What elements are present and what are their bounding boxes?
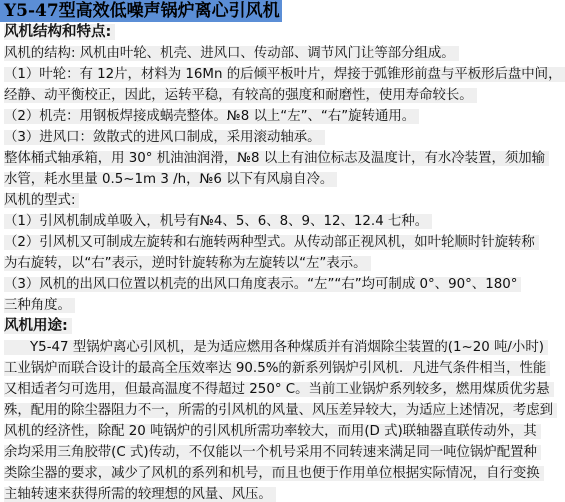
paragraph-line: （1）叶轮：有 12片，材料为 16Mn 的后倾平板叶片，焊接于弧锥形前盘与平板… — [4, 64, 565, 85]
line-text: （3）风机的出风口位置以机壳的出风口角度表示。“左”“右”均可制成 0°、90°… — [4, 277, 521, 292]
paragraph-line: Y5-47 型锅炉离心引风机，是为适应燃用各种煤质并有消烟除尘装置的(1~20 … — [4, 337, 565, 358]
line-text: 风机的经济性，除配 20 吨锅炉的引风机所需功率较大，而用(D 式)联轴器直联传… — [4, 424, 541, 439]
paragraph-line: （3）风机的出风口位置以机壳的出风口角度表示。“左”“右”均可制成 0°、90°… — [4, 274, 565, 295]
document-title: Y5-47型高效低噪声锅炉离心引风机 — [0, 0, 282, 22]
paragraph-line: 主轴转速来获得所需的较理想的风量、风压。 — [4, 484, 565, 502]
line-text: 殊，配用的除尘器阻力不一，所需的引风机的风量、风压差异较大，为适应上述情况，考虑… — [4, 403, 557, 418]
document-body: 风机结构和特点:风机的结构: 风机由叶轮、机壳、进风口、传动部、调节风门让等部分… — [4, 22, 565, 502]
paragraph-line: 工业锅炉而联合设计的最高全压效率达 90.5%的新系列锅炉引风机．凡进气条件相当… — [4, 358, 565, 379]
paragraph-line: 经静、动平衡校正，因此，运转平稳，有较高的强度和耐磨性，使用寿命较长。 — [4, 85, 565, 106]
document: Y5-47型高效低噪声锅炉离心引风机 风机结构和特点:风机的结构: 风机由叶轮、… — [0, 0, 565, 502]
paragraph-line: 风机的经济性，除配 20 吨锅炉的引风机所需功率较大，而用(D 式)联轴器直联传… — [4, 421, 565, 442]
line-text: 为右旋转，以“右”表示，逆时针旋转称为左旋转以“左”表示。 — [4, 256, 371, 271]
paragraph-line: 殊，配用的除尘器阻力不一，所需的引风机的风量、风压差异较大，为适应上述情况，考虑… — [4, 400, 565, 421]
paragraph-line: 余均采用三角胶带(C 式)传动，不仅能以一个机号采用不同转速来满足同一吨位锅炉配… — [4, 442, 565, 463]
line-text: 风机的结构: 风机由叶轮、机壳、进风口、传动部、调节风门让等部分组成。 — [4, 46, 459, 61]
paragraph-line: 类除尘器的要求，减少了风机的系列和机号，而且也便于作用单位根据实际情况，自行变换 — [4, 463, 565, 484]
section-heading: 风机用途: — [4, 316, 565, 337]
paragraph-line: （3）进风口：敛散式的进风口制成，采用滚动轴承。 — [4, 127, 565, 148]
line-text: 又相适者匀可选用，但最高温度不得超过 250° C。当前工业锅炉系列较多，燃用煤… — [4, 382, 554, 397]
line-text: （1）叶轮：有 12片，材料为 16Mn 的后倾平板叶片，焊接于弧锥形前盘与平板… — [4, 67, 565, 82]
line-text: （3）进风口：敛散式的进风口制成，采用滚动轴承。 — [4, 130, 325, 145]
paragraph-line: （2）引风机又可制成左旋转和右施转两种型式。从传动部正视风机，如叶轮顺时针旋转称 — [4, 232, 565, 253]
paragraph-line: 整体桶式轴承箱，用 30° 机油油润滑，№8 以上有油位标志及温度计，有水冷装置… — [4, 148, 565, 169]
line-text: 三种角度。 — [4, 298, 75, 313]
line-text: 余均采用三角胶带(C 式)传动，不仅能以一个机号采用不同转速来满足同一吨位锅炉配… — [4, 445, 541, 460]
line-text: 类除尘器的要求，减少了风机的系列和机号，而且也便于作用单位根据实际情况，自行变换 — [4, 466, 544, 481]
paragraph-line: 三种角度。 — [4, 295, 565, 316]
line-text: 风机的型式: — [4, 193, 79, 208]
line-text: 整体桶式轴承箱，用 30° 机油油润滑，№8 以上有油位标志及温度计，有水冷装置… — [4, 151, 549, 166]
line-text: （2）机壳：用钢板焊接成蜗壳整体。№8 以上“左”、“右”旋转通用。 — [4, 109, 419, 124]
paragraph-line: 为右旋转，以“右”表示，逆时针旋转称为左旋转以“左”表示。 — [4, 253, 565, 274]
paragraph-line: （2）机壳：用钢板焊接成蜗壳整体。№8 以上“左”、“右”旋转通用。 — [4, 106, 565, 127]
paragraph-line: 水管，耗水里量 0.5~1m 3 /h，№6 以下有风扇自冷。 — [4, 169, 565, 190]
paragraph-line: （1）引风机制成单吸入，机号有№4、5、6、8、9、12、12.4 七种。 — [4, 211, 565, 232]
paragraph-line: 风机的结构: 风机由叶轮、机壳、进风口、传动部、调节风门让等部分组成。 — [4, 43, 565, 64]
line-text: 工业锅炉而联合设计的最高全压效率达 90.5%的新系列锅炉引风机．凡进气条件相当… — [4, 361, 550, 376]
line-text: 水管，耗水里量 0.5~1m 3 /h，№6 以下有风扇自冷。 — [4, 172, 337, 187]
line-text: 经静、动平衡校正，因此，运转平稳，有较高的强度和耐磨性，使用寿命较长。 — [4, 88, 477, 103]
paragraph-line: 又相适者匀可选用，但最高温度不得超过 250° C。当前工业锅炉系列较多，燃用煤… — [4, 379, 565, 400]
line-text: （2）引风机又可制成左旋转和右施转两种型式。从传动部正视风机，如叶轮顺时针旋转称 — [4, 235, 539, 250]
line-text: （1）引风机制成单吸入，机号有№4、5、6、8、9、12、12.4 七种。 — [4, 214, 432, 229]
section-heading-text: 风机结构和特点: — [4, 24, 115, 40]
section-heading: 风机结构和特点: — [4, 22, 565, 43]
line-text: 主轴转速来获得所需的较理想的风量、风压。 — [4, 487, 276, 502]
line-text: Y5-47 型锅炉离心引风机，是为适应燃用各种煤质并有消烟除尘装置的(1~20 … — [4, 340, 548, 355]
section-heading-text: 风机用途: — [4, 318, 72, 334]
paragraph-line: 风机的型式: — [4, 190, 565, 211]
